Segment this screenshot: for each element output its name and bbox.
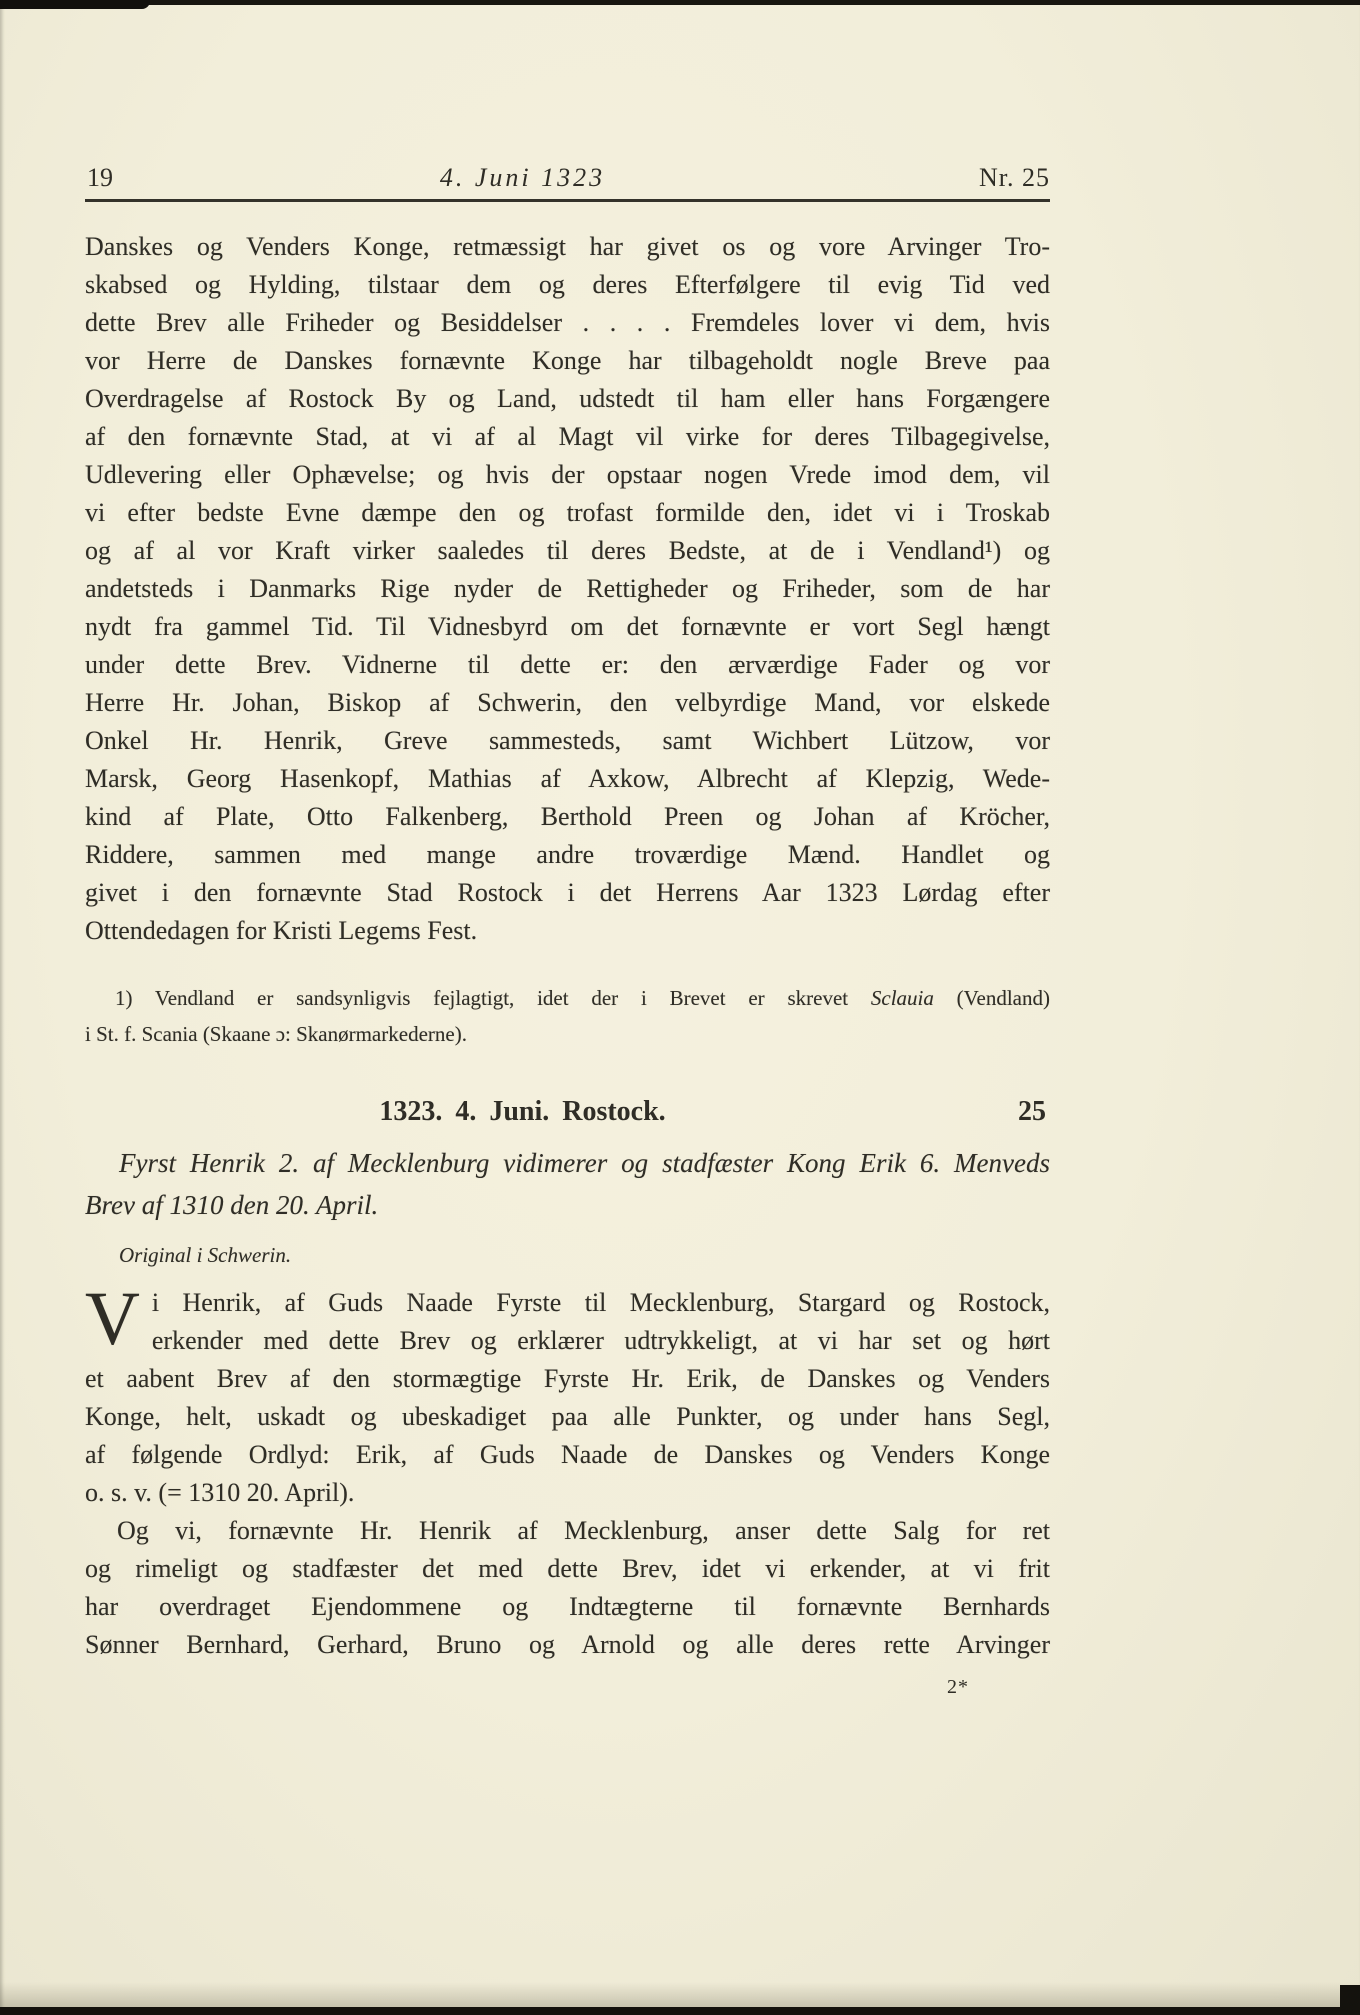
- footnote-latin-term: Sclauia: [871, 986, 934, 1010]
- scan-edge-top: [0, 0, 1360, 5]
- text-block: 19 4. Juni 1323 Nr. 25 Danskes og Vender…: [85, 155, 1050, 1699]
- document-24-translation: Danskes og Venders Konge, retmæssigt har…: [85, 228, 1050, 950]
- entry-summary: Fyrst Henrik 2. af Mecklenburg vidimerer…: [85, 1142, 1050, 1226]
- text-line: Riddere, sammen med mange andre troværdi…: [85, 836, 1050, 874]
- signature-mark: 2*: [947, 1676, 1050, 1699]
- text-line-content: i Henrik, af Guds Naade Fyrste til Meckl…: [152, 1288, 1050, 1317]
- text-line: af følgende Ordlyd: Erik, af Guds Naade …: [85, 1436, 1050, 1474]
- text-line: Vi Henrik, af Guds Naade Fyrste til Meck…: [85, 1284, 1050, 1322]
- text-line: Og vi, fornævnte Hr. Henrik af Mecklenbu…: [85, 1512, 1050, 1550]
- text-line: vor Herre de Danskes fornævnte Konge har…: [85, 342, 1050, 380]
- text-line: Ottendedagen for Kristi Legems Fest.: [85, 912, 1050, 950]
- text-line: og rimeligt og stadfæster det med dette …: [85, 1550, 1050, 1588]
- text-line: Sønner Bernhard, Gerhard, Bruno og Arnol…: [85, 1626, 1050, 1664]
- text-line: givet i den fornævnte Stad Rostock i det…: [85, 874, 1050, 912]
- text-line: o. s. v. (= 1310 20. April).: [85, 1474, 1050, 1512]
- footnote-line: 1) Vendland er sandsynligvis fejlagtigt,…: [85, 980, 1050, 1016]
- footnote-text: 1) Vendland er sandsynligvis fejlagtigt,…: [115, 986, 871, 1010]
- footnote: 1) Vendland er sandsynligvis fejlagtigt,…: [85, 980, 1050, 1052]
- text-line: kind af Plate, Otto Falkenberg, Berthold…: [85, 798, 1050, 836]
- drop-cap: V: [85, 1284, 152, 1360]
- text-line: under dette Brev. Vidnerne til dette er:…: [85, 646, 1050, 684]
- source-note: Original i Schwerin.: [119, 1240, 1050, 1270]
- text-line: Herre Hr. Johan, Biskop af Schwerin, den…: [85, 684, 1050, 722]
- footnote-text: (Vendland): [934, 986, 1050, 1010]
- scan-corner-bottom-right: [1340, 1985, 1360, 2015]
- entry-heading-row: 1323. 4. Juni. Rostock. 25: [85, 1096, 1050, 1132]
- text-line: Danskes og Venders Konge, retmæssigt har…: [85, 228, 1050, 266]
- text-line: af den fornævnte Stad, at vi af al Magt …: [85, 418, 1050, 456]
- entry-number: 25: [1018, 1096, 1046, 1128]
- text-line: Onkel Hr. Henrik, Greve sammesteds, samt…: [85, 722, 1050, 760]
- text-line: Overdragelse af Rostock By og Land, udst…: [85, 380, 1050, 418]
- document-25-text-continued: Og vi, fornævnte Hr. Henrik af Mecklenbu…: [85, 1512, 1050, 1664]
- text-line: Konge, helt, uskadt og ubeskadiget paa a…: [85, 1398, 1050, 1436]
- summary-line: Brev af 1310 den 20. April.: [85, 1184, 1050, 1226]
- text-line: Marsk, Georg Hasenkopf, Mathias af Axkow…: [85, 760, 1050, 798]
- scan-corner-mark: [0, 0, 150, 9]
- header-rule: [85, 199, 1050, 202]
- text-line: erkender med dette Brev og erklærer udtr…: [85, 1322, 1050, 1360]
- document-25-text: Vi Henrik, af Guds Naade Fyrste til Meck…: [85, 1284, 1050, 1512]
- text-line: og af al vor Kraft virker saaledes til d…: [85, 532, 1050, 570]
- text-line: har overdraget Ejendommene og Indtægtern…: [85, 1588, 1050, 1626]
- text-line: et aabent Brev af den stormægtige Fyrste…: [85, 1360, 1050, 1398]
- text-line: skabsed og Hylding, tilstaar dem og dere…: [85, 266, 1050, 304]
- text-line: Udlevering eller Ophævelse; og hvis der …: [85, 456, 1050, 494]
- text-line: nydt fra gammel Tid. Til Vidnesbyrd om d…: [85, 608, 1050, 646]
- page-header: 19 4. Juni 1323 Nr. 25: [85, 155, 1050, 199]
- text-line: andetsteds i Danmarks Rige nyder de Rett…: [85, 570, 1050, 608]
- scan-edge-bottom: [0, 2007, 1360, 2015]
- summary-line: Fyrst Henrik 2. af Mecklenburg vidimerer…: [85, 1142, 1050, 1184]
- document-number-label: Nr. 25: [979, 163, 1050, 193]
- text-line: vi efter bedste Evne dæmpe den og trofas…: [85, 494, 1050, 532]
- scanned-page: 19 4. Juni 1323 Nr. 25 Danskes og Vender…: [0, 0, 1360, 2015]
- scan-bottom-shading: [0, 1982, 1360, 2008]
- text-line: dette Brev alle Friheder og Besiddelser …: [85, 304, 1050, 342]
- entry-heading: 1323. 4. Juni. Rostock.: [85, 1096, 960, 1128]
- running-title: 4. Juni 1323: [85, 163, 960, 193]
- footnote-line: i St. f. Scania (Skaane ɔ: Skanørmarkede…: [85, 1016, 1050, 1052]
